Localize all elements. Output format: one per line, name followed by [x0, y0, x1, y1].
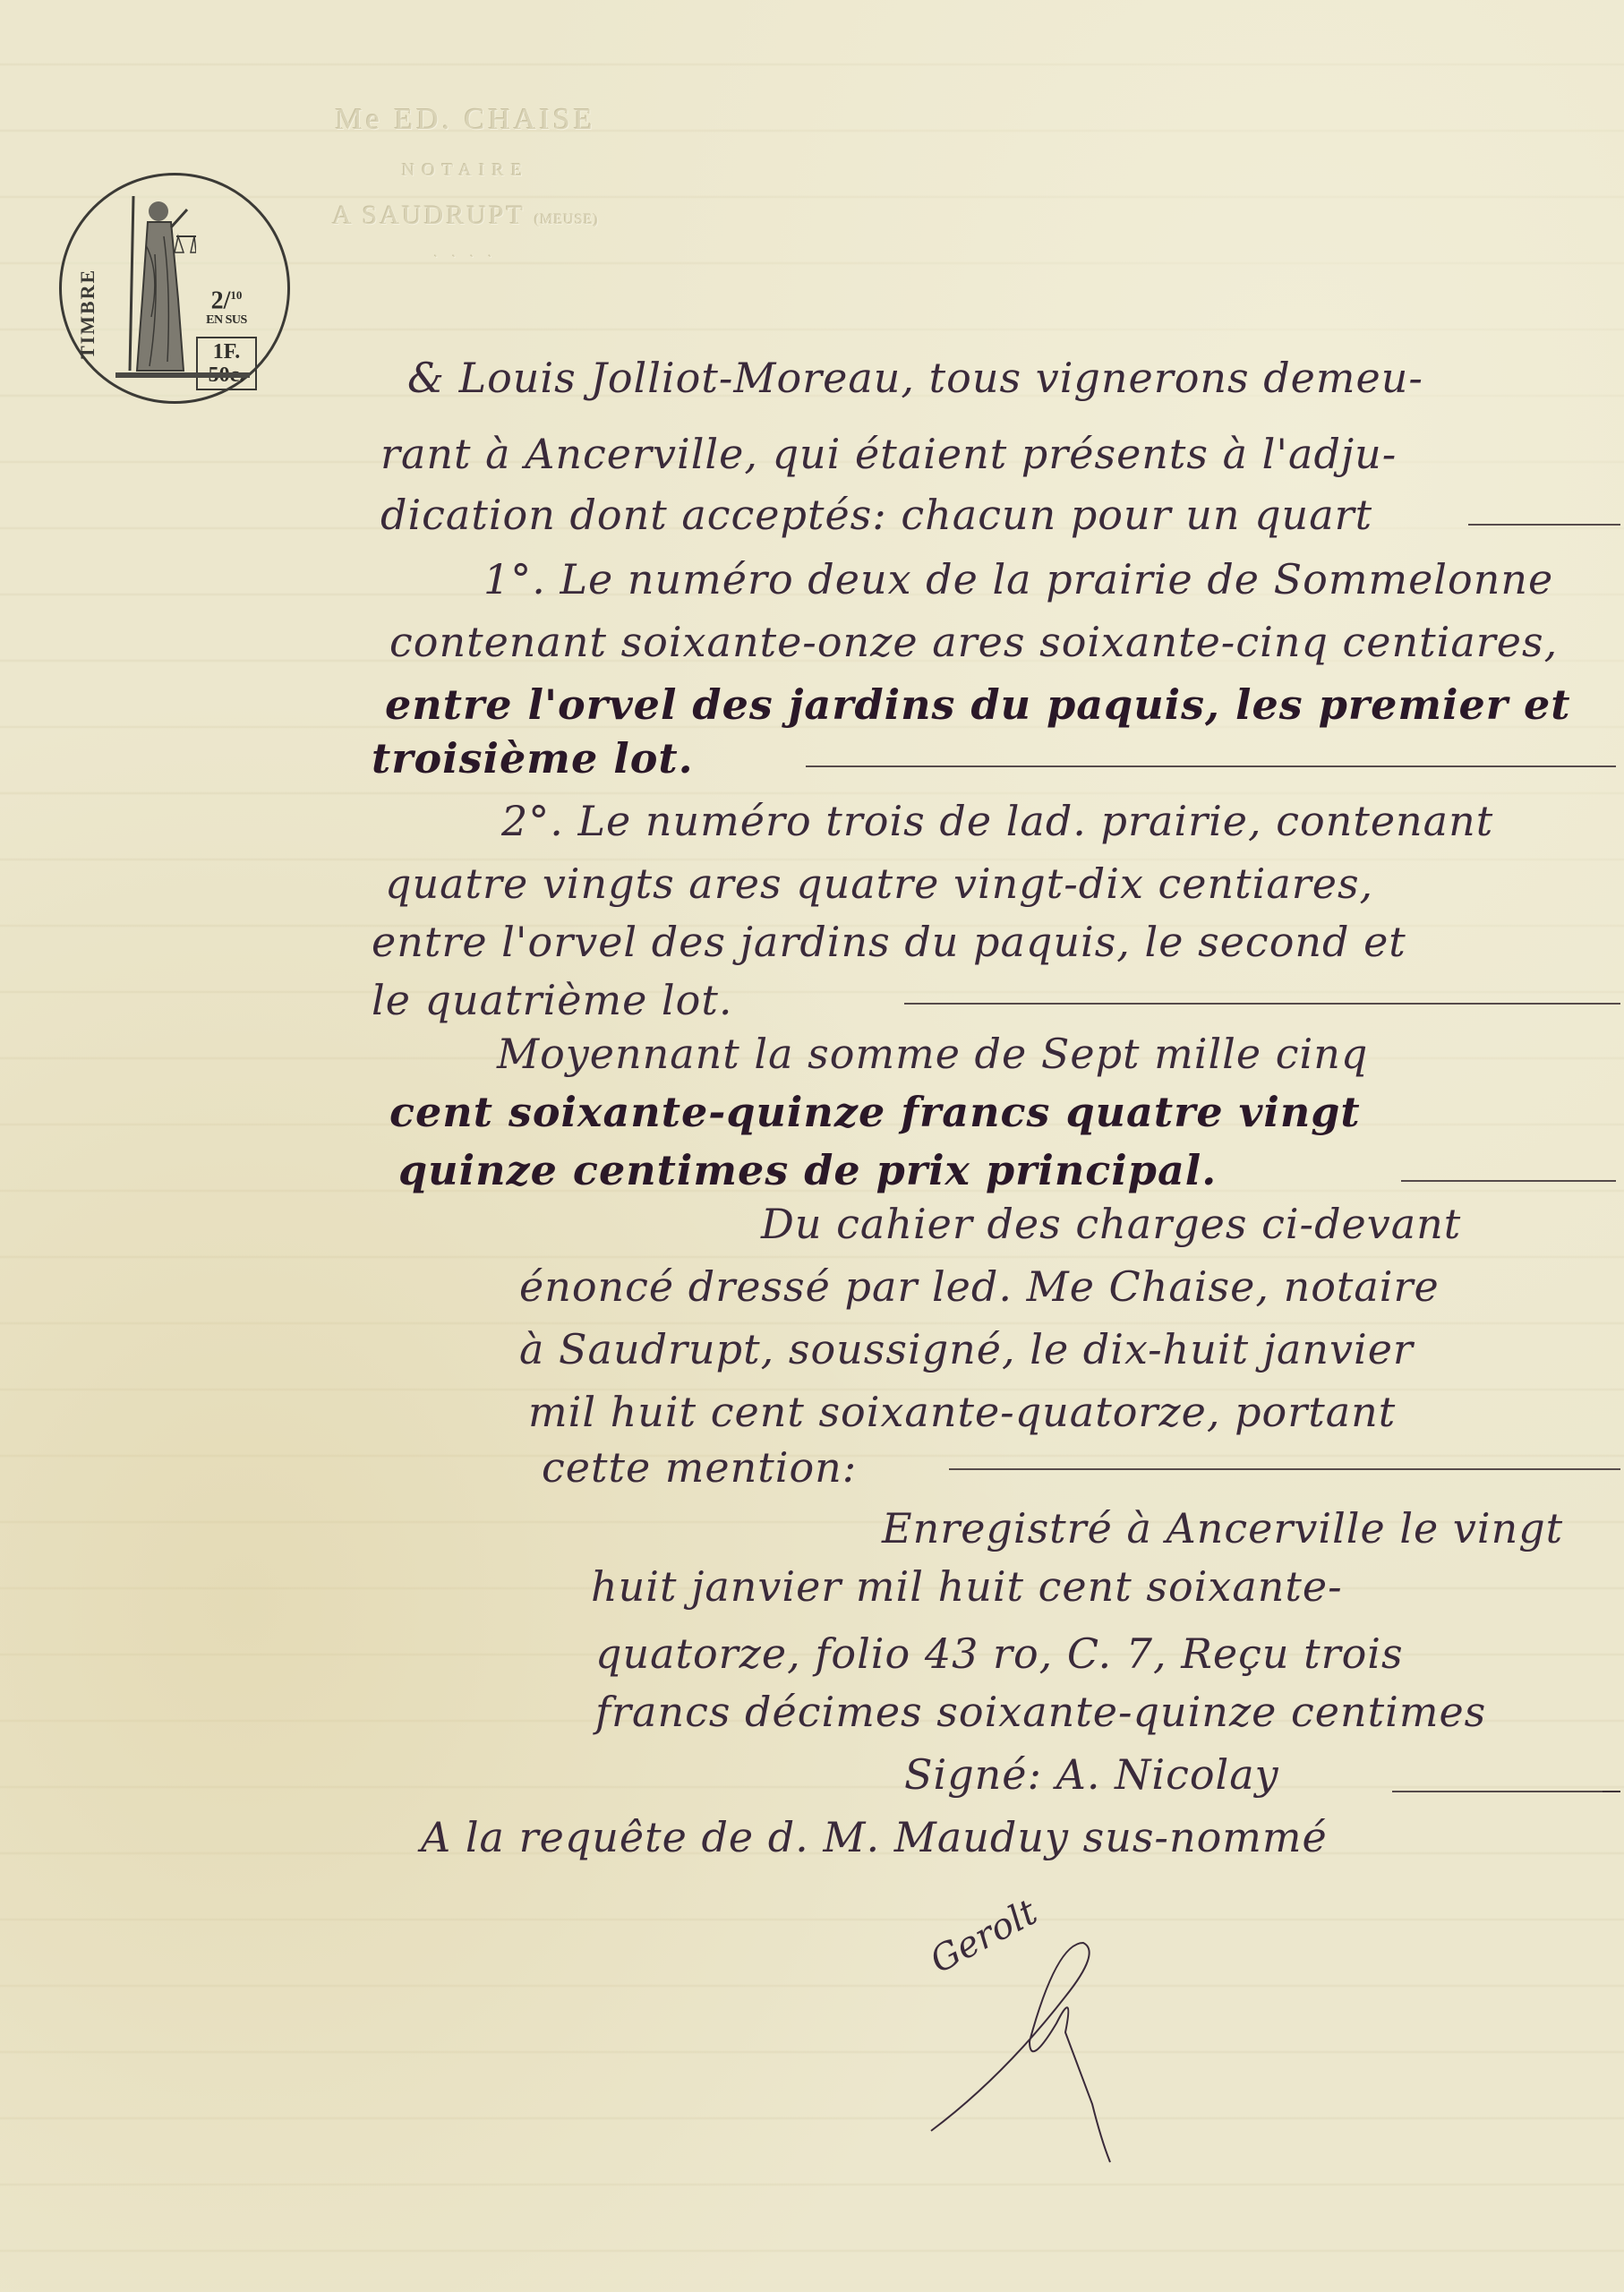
text-line: cent soixante-quinze francs quatre vingt: [389, 1088, 1361, 1136]
embossed-letterhead: Me ED. CHAISE NOTAIRE A SAUDRUPT (MEUSE)…: [304, 103, 627, 265]
line-filler-rule: [1468, 524, 1620, 526]
text-line: contenant soixante-onze ares soixante-ci…: [389, 618, 1558, 666]
text-line: troisième lot.: [372, 734, 694, 783]
text-line: cette mention:: [542, 1443, 857, 1492]
signature-flourish-icon: [922, 1889, 1155, 2167]
text-line: francs décimes soixante-quinze centimes: [595, 1688, 1486, 1736]
document-page: Me ED. CHAISE NOTAIRE A SAUDRUPT (MEUSE)…: [0, 0, 1624, 2292]
text-line: énoncé dressé par led. Me Chaise, notair…: [519, 1262, 1440, 1311]
stamp-value-box: 1F. 50c.: [196, 337, 257, 390]
tax-stamp: TIMBRE 2/10 EN SUS 1F. 50c.: [59, 173, 290, 404]
notary-town: A SAUDRUPT: [332, 201, 525, 230]
notary-title: NOTAIRE: [304, 160, 627, 181]
line-filler-rule: [806, 765, 1616, 767]
text-line: Enregistré à Ancerville le vingt: [882, 1504, 1563, 1552]
text-line: Signé: A. Nicolay: [904, 1750, 1279, 1799]
notary-name: Me ED. CHAISE: [304, 103, 627, 137]
text-line: & Louis Jolliot-Moreau, tous vignerons d…: [407, 354, 1423, 402]
text-line: mil huit cent soixante-quatorze, portant: [528, 1388, 1396, 1436]
line-filler-rule: [1392, 1791, 1620, 1792]
text-line: Du cahier des charges ci-devant: [761, 1200, 1461, 1248]
surcharge-denominator: 10: [230, 288, 242, 302]
line-filler-rule: [1401, 1180, 1616, 1182]
text-line: quinze centimes de prix principal.: [398, 1146, 1217, 1194]
surcharge-numerator: 2: [211, 286, 224, 314]
notary-department: (MEUSE): [534, 212, 599, 227]
text-line: à Saudrupt, soussigné, le dix-huit janvi…: [519, 1325, 1414, 1373]
text-line: 1°. Le numéro deux de la prairie de Somm…: [483, 555, 1553, 603]
stamp-francs: 1F.: [198, 340, 255, 363]
line-filler-rule: [904, 1003, 1620, 1005]
text-line: rant à Ancerville, qui étaient présents …: [380, 430, 1397, 478]
letterhead-ornament: · · · ·: [304, 251, 627, 265]
text-line: quatre vingts ares quatre vingt-dix cent…: [385, 859, 1373, 908]
text-line: dication dont acceptés: chacun pour un q…: [380, 491, 1372, 539]
text-line: 2°. Le numéro trois de lad. prairie, con…: [501, 797, 1493, 845]
line-filler-rule: [949, 1468, 1620, 1470]
text-line: Moyennant la somme de Sept mille cinq: [497, 1030, 1368, 1078]
stamp-base-bar: [115, 372, 250, 378]
text-line: quatorze, folio 43 ro, C. 7, Reçu trois: [595, 1629, 1404, 1678]
stamp-en-sus: EN SUS: [196, 313, 257, 328]
text-line: le quatrième lot.: [372, 976, 732, 1024]
notary-location: A SAUDRUPT (MEUSE): [304, 201, 627, 231]
stamp-side-label: TIMBRE: [76, 269, 99, 359]
text-line: A la requête de d. M. Mauduy sus-nommé: [421, 1813, 1328, 1861]
text-line: entre l'orvel des jardins du paquis, les…: [385, 680, 1571, 729]
text-line: entre l'orvel des jardins du paquis, le …: [372, 918, 1406, 966]
text-line: huit janvier mil huit cent soixante-: [591, 1562, 1343, 1611]
stamp-surcharge: 2/10: [196, 283, 257, 313]
justice-figure-icon: [124, 192, 196, 376]
